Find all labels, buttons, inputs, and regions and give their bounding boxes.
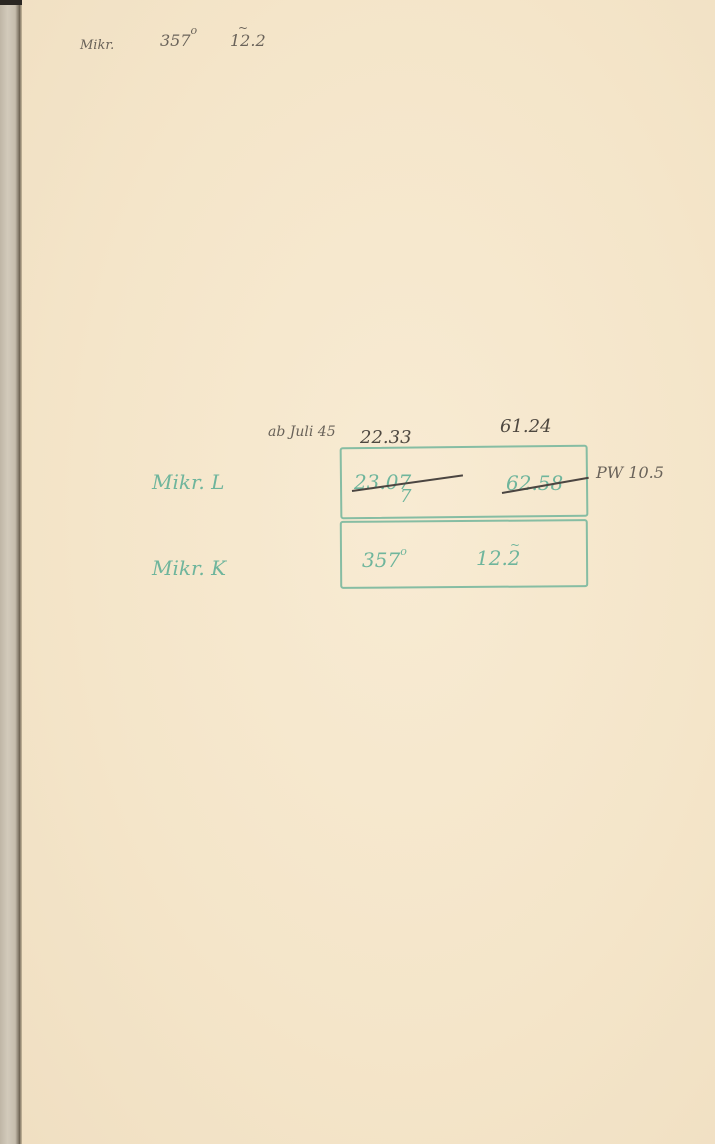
header-angle: 357o [160, 31, 197, 50]
row2-col2-value: ~ 12.2 [476, 546, 521, 570]
row2-col1-value: 357o [362, 548, 407, 572]
row-label-mikr-k: Mikr. K [152, 556, 226, 580]
header-value: ~ 12.2 [230, 31, 266, 50]
col2-new-value: 61.24 [500, 416, 552, 437]
row-label-mikr-l: Mikr. L [152, 470, 224, 494]
book-spine [0, 0, 19, 1144]
date-note: ab Juli 45 [268, 424, 336, 440]
side-note: PW 10.5 [596, 463, 664, 482]
col1-new-value: 22.33 [360, 427, 412, 448]
header-label: Mikr. [80, 38, 114, 53]
row1-col1-correction: 7 [400, 486, 411, 507]
